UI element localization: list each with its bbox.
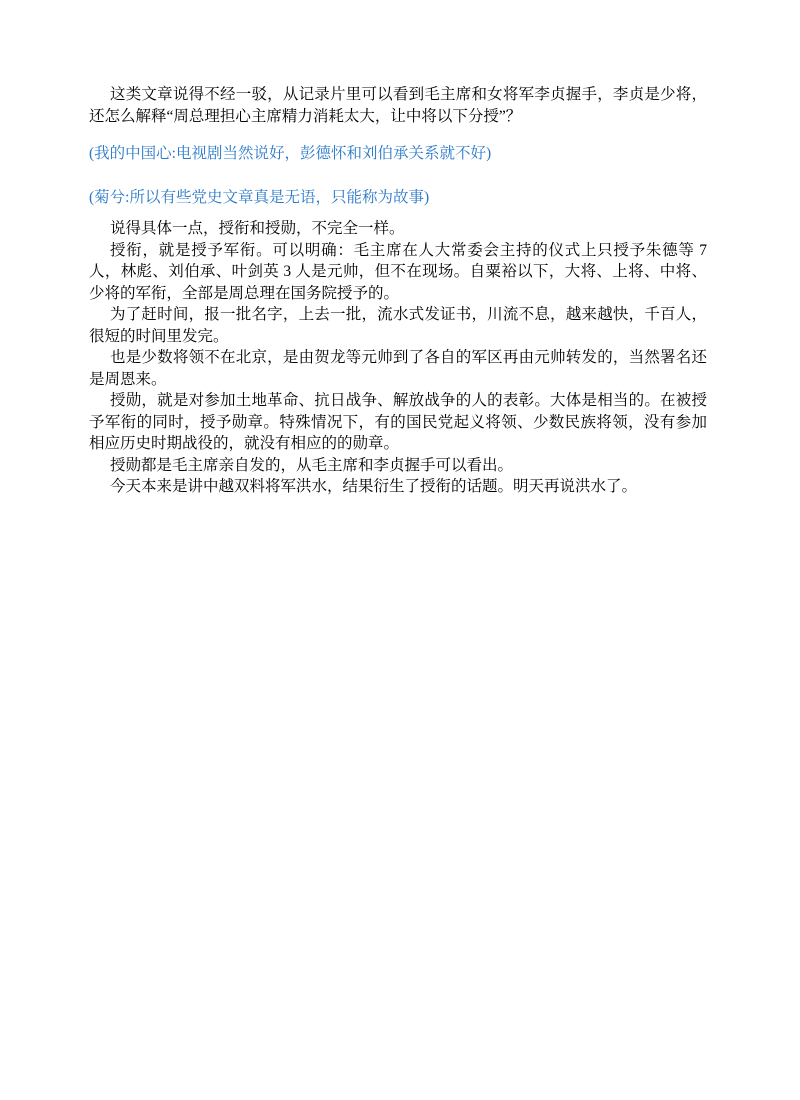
document-text-block: 这类文章说得不经一驳，从记录片里可以看到毛主席和女将军李贞握手，李贞是少将，还怎… xyxy=(89,84,707,498)
reader-comment: (菊兮:所以有些党史文章真是无语，只能称为故事) xyxy=(89,187,707,209)
paragraph: 授勋，就是对参加土地革命、抗日战争、解放战争的人的表彰。大体是相当的。在被授予军… xyxy=(89,390,707,455)
paragraph: 说得具体一点，授衔和授勋，不完全一样。 xyxy=(89,218,707,240)
paragraph: 为了赶时间，报一批名字，上去一批，流水式发证书，川流不息，越来越快，千百人，很短… xyxy=(89,304,707,347)
paragraph: 也是少数将领不在北京，是由贺龙等元帅到了各自的军区再由元帅转发的，当然署名还是周… xyxy=(89,347,707,390)
paragraph: 今天本来是讲中越双料将军洪水，结果衍生了授衔的话题。明天再说洪水了。 xyxy=(89,476,707,498)
paragraph: 这类文章说得不经一驳，从记录片里可以看到毛主席和女将军李贞握手，李贞是少将，还怎… xyxy=(89,84,707,127)
document-page: 这类文章说得不经一驳，从记录片里可以看到毛主席和女将军李贞握手，李贞是少将，还怎… xyxy=(0,0,800,1100)
reader-comment: (我的中国心:电视剧当然说好，彭德怀和刘伯承关系就不好) xyxy=(89,143,707,165)
paragraph: 授勋都是毛主席亲自发的，从毛主席和李贞握手可以看出。 xyxy=(89,455,707,477)
paragraph: 授衔，就是授予军衔。可以明确：毛主席在人大常委会主持的仪式上只授予朱德等 7 人… xyxy=(89,240,707,305)
